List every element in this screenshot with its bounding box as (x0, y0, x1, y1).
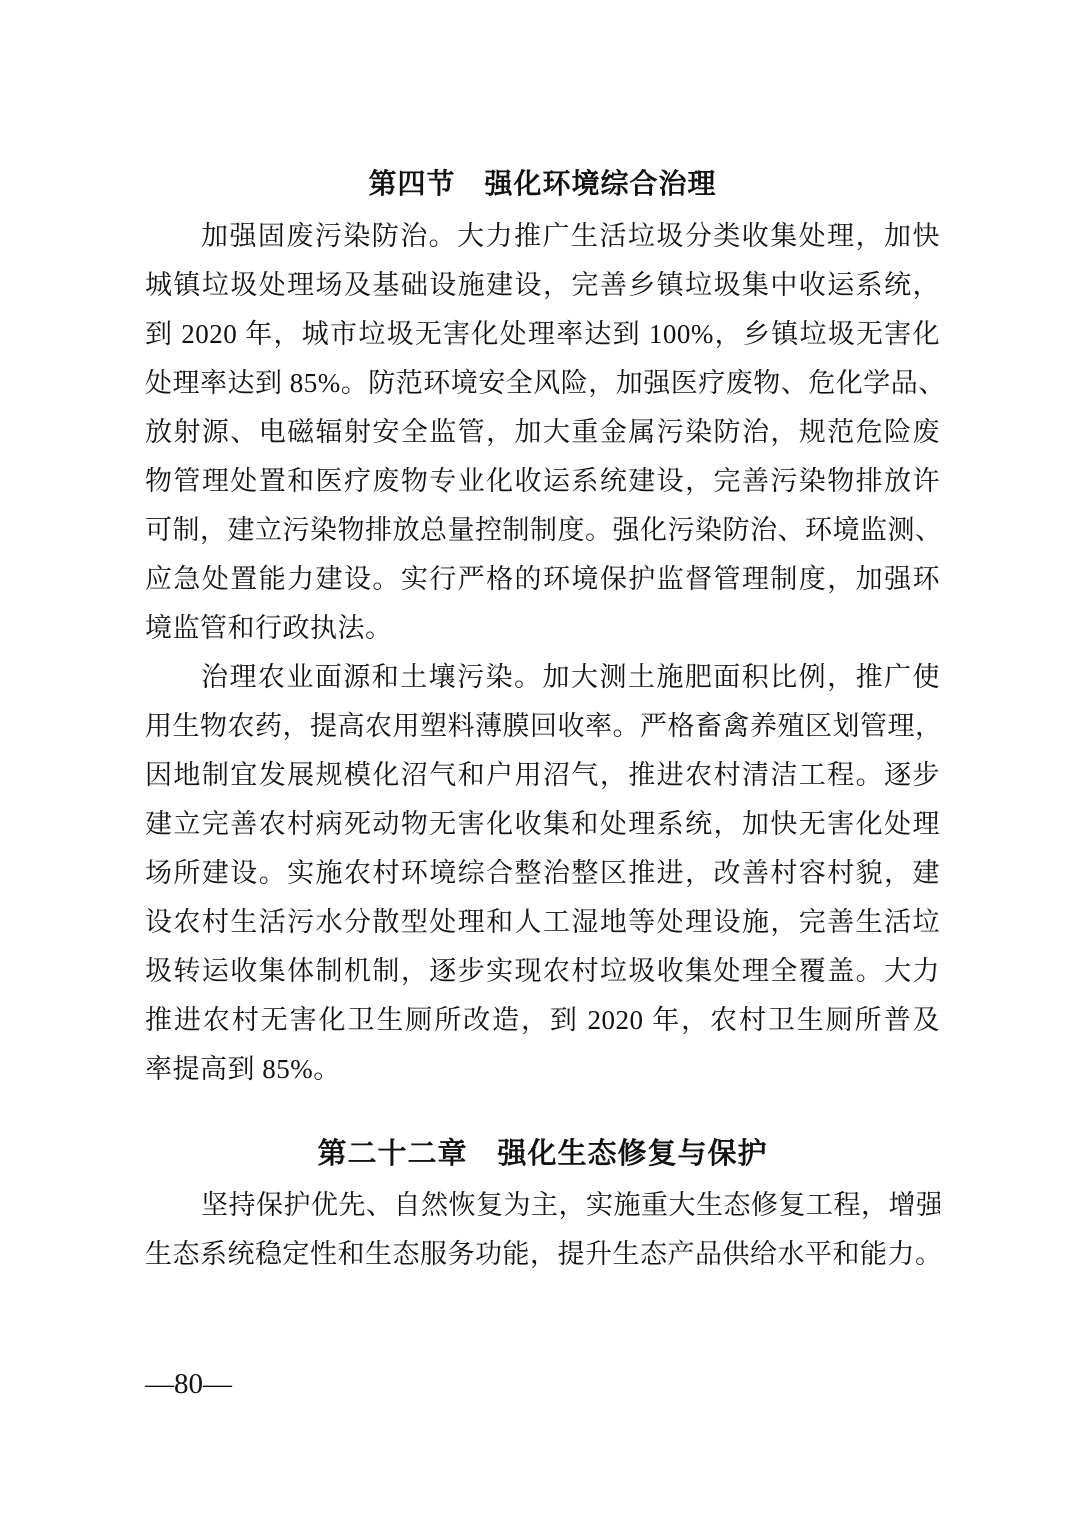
paragraph: 坚持保护优先、自然恢复为主，实施重大生态修复工程，增强生态系统稳定性和生态服务功… (145, 1181, 940, 1279)
text-line: 到 2020 年，城市垃圾无害化处理率达到 100%，乡镇垃圾无害化 (145, 310, 940, 359)
text-line: 放射源、电磁辐射安全监管，加大重金属污染防治，规范危险废 (145, 408, 940, 457)
text-line: 场所建设。实施农村环境综合整治整区推进，改善村容村貌，建 (145, 849, 940, 898)
text-line: 圾转运收集体制机制，逐步实现农村垃圾收集处理全覆盖。大力 (145, 947, 940, 996)
text-line: 治理农业面源和土壤污染。加大测土施肥面积比例，推广使 (145, 653, 940, 702)
page-number: —80— (145, 1368, 232, 1400)
text-line: 物管理处置和医疗废物专业化收运系统建设，完善污染物排放许 (145, 457, 940, 506)
text-line: 设农村生活污水分散型处理和人工湿地等处理设施，完善生活垃 (145, 898, 940, 947)
text-line: 率提高到 85%。 (145, 1045, 940, 1094)
text-line: 可制，建立污染物排放总量控制制度。强化污染防治、环境监测、 (145, 506, 940, 555)
paragraph: 治理农业面源和土壤污染。加大测土施肥面积比例，推广使用生物农药，提高农用塑料薄膜… (145, 653, 940, 1094)
text-line: 境监管和行政执法。 (145, 604, 940, 653)
page-content: 第四节 强化环境综合治理 加强固废污染防治。大力推广生活垃圾分类收集处理，加快城… (145, 160, 940, 1279)
paragraph: 加强固废污染防治。大力推广生活垃圾分类收集处理，加快城镇垃圾处理场及基础设施建设… (145, 212, 940, 653)
text-line: 处理率达到 85%。防范环境安全风险，加强医疗废物、危化学品、 (145, 359, 940, 408)
text-line: 因地制宜发展规模化沼气和户用沼气，推进农村清洁工程。逐步 (145, 751, 940, 800)
text-line: 城镇垃圾处理场及基础设施建设，完善乡镇垃圾集中收运系统， (145, 261, 940, 310)
chapter-heading: 第二十二章 强化生态修复与保护 (145, 1130, 940, 1179)
text-line: 加强固废污染防治。大力推广生活垃圾分类收集处理，加快 (145, 212, 940, 261)
text-line: 推进农村无害化卫生厕所改造，到 2020 年，农村卫生厕所普及 (145, 996, 940, 1045)
text-line: 生态系统稳定性和生态服务功能，提升生态产品供给水平和能力。 (145, 1230, 940, 1279)
text-line: 建立完善农村病死动物无害化收集和处理系统，加快无害化处理 (145, 800, 940, 849)
text-line: 用生物农药，提高农用塑料薄膜回收率。严格畜禽养殖区划管理， (145, 702, 940, 751)
section-heading: 第四节 强化环境综合治理 (145, 160, 940, 209)
document-page: 第四节 强化环境综合治理 加强固废污染防治。大力推广生活垃圾分类收集处理，加快城… (0, 0, 1074, 1520)
text-line: 应急处置能力建设。实行严格的环境保护监督管理制度，加强环 (145, 555, 940, 604)
text-line: 坚持保护优先、自然恢复为主，实施重大生态修复工程，增强 (145, 1181, 940, 1230)
